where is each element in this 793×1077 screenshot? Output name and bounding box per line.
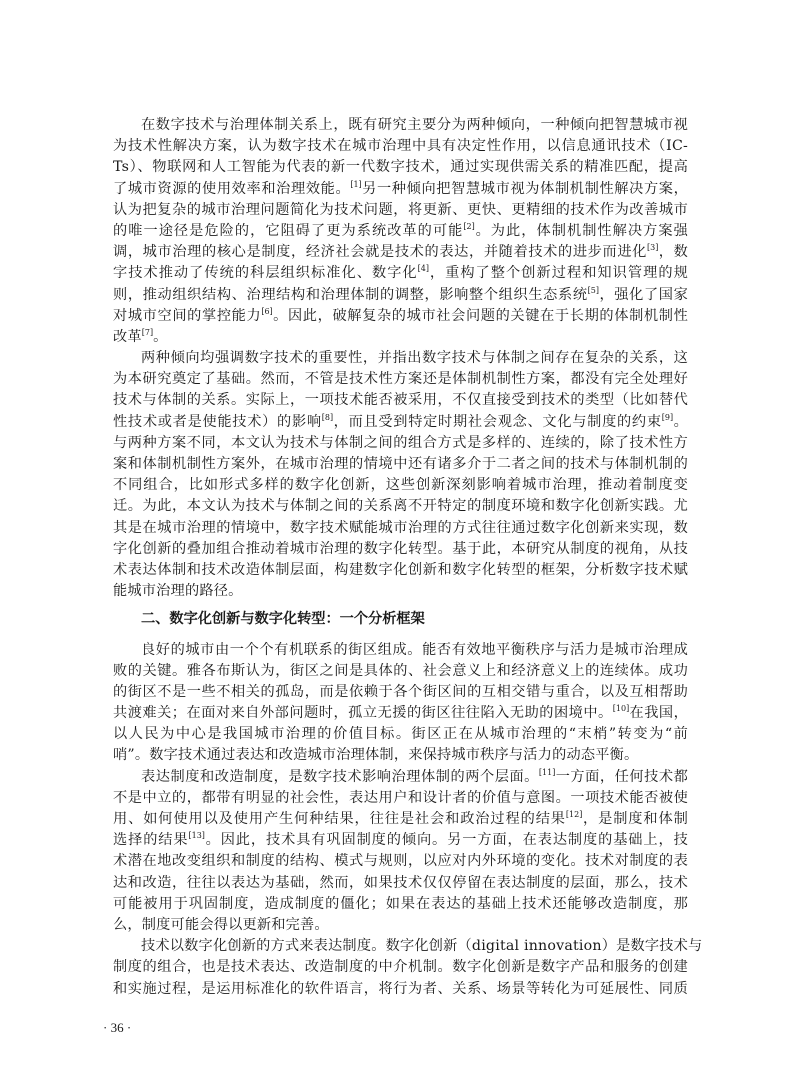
section-heading: 二、数字化创新与数字化转型：一个分析框架 (113, 609, 688, 630)
text-line: 认为把复杂的城市治理问题简化为技术问题，将更新、更快、更精细的技术作为改善城市 (113, 200, 688, 221)
text-line: 么，制度可能会得以更新和完善。 (113, 915, 688, 936)
paragraph-4: 表达制度和改造制度，是数字技术影响治理体制的两个层面。[11]一方面，任何技术都… (113, 767, 688, 937)
text-line: 不同组合，比如形式多样的数字化创新，这些创新深刻影响着城市治理，推动着制度变 (113, 475, 688, 496)
text-line: 为技术性解决方案，认为数字技术在城市治理中具有决定性作用，以信息通讯技术（IC- (113, 136, 688, 157)
paragraph-1: 在数字技术与治理体制关系上，既有研究主要分为两种倾向，一种倾向把智慧城市视为技术… (113, 115, 688, 348)
citation-marker[interactable]: [8] (322, 413, 333, 422)
text-line: 两种倾向均强调数字技术的重要性，并指出数字技术与体制之间存在复杂的关系，这 (113, 348, 688, 369)
citation-marker[interactable]: [3] (647, 243, 658, 252)
text-line: 的唯一途径是危险的，它阻碍了更为系统改革的可能[2]。为此，体制机制性解决方案强 (113, 221, 688, 242)
text-line: 可能被用于巩固制度，造成制度的僵化；如果在表达的基础上技术还能够改造制度，那 (113, 894, 688, 915)
citation-marker[interactable]: [12] (566, 810, 582, 819)
text-line: 败的关键。雅各布斯认为，街区之间是具体的、社会意义上和经济意义上的连续体。成功 (113, 661, 688, 682)
text-line: 达和改造，往往以表达为基础，然而，如果技术仅仅停留在表达制度的层面，那么，技术 (113, 873, 688, 894)
citation-marker[interactable]: [2] (463, 222, 474, 231)
text-line: 选择的结果[13]。因此，技术具有巩固制度的倾向。另一方面，在表达制度的基础上，… (113, 830, 688, 851)
text-line: 迁。为此，本文认为技术与体制之间的关系离不开特定的制度环境和数字化创新实践。尤 (113, 496, 688, 517)
text-line: 用、如何使用以及使用产生何种结果，往往是社会和政治过程的结果[12]，是制度和体… (113, 809, 688, 830)
text-line: Ts）、物联网和人工智能为代表的新一代数字技术，通过实现供需关系的精准匹配，提高 (113, 157, 688, 178)
text-line: 技术以数字化创新的方式来表达制度。数字化创新（digital innovatio… (113, 936, 688, 957)
paragraph-5: 技术以数字化创新的方式来表达制度。数字化创新（digital innovatio… (113, 936, 688, 1000)
text-line: 为本研究奠定了基础。然而，不管是技术性方案还是体制机制性方案，都没有完全处理好 (113, 369, 688, 390)
text-line: 对城市空间的掌控能力[6]。因此，破解复杂的城市社会问题的关键在于长期的体制机制… (113, 306, 688, 327)
text-line: 则，推动组织结构、治理结构和治理体制的调整，影响整个组织生态系统[5]，强化了国… (113, 285, 688, 306)
text-line: 共渡难关；在面对来自外部问题时，孤立无援的街区往往陷入无助的困境中。[10]在我… (113, 703, 688, 724)
paragraph-3: 良好的城市由一个个有机联系的街区组成。能否有效地平衡秩序与活力是城市治理成败的关… (113, 640, 688, 767)
text-line: 调，城市治理的核心是制度，经济社会就是技术的表达，并随着技术的进步而进化[3]，… (113, 242, 688, 263)
text-line: 术表达体制和技术改造体制层面，构建数字化创新和数字化转型的框架，分析数字技术赋 (113, 560, 688, 581)
text-line: 在数字技术与治理体制关系上，既有研究主要分为两种倾向，一种倾向把智慧城市视 (113, 115, 688, 136)
text-line: 术潜在地改变组织和制度的结构、模式与规则，以应对内外环境的变化。技术对制度的表 (113, 851, 688, 872)
article-body: 在数字技术与治理体制关系上，既有研究主要分为两种倾向，一种倾向把智慧城市视为技术… (113, 115, 688, 1000)
citation-marker[interactable]: [9] (662, 413, 673, 422)
text-line: 和实施过程，是运用标准化的软件语言，将行为者、关系、场景等转化为可延展性、同质 (113, 979, 688, 1000)
text-line: 良好的城市由一个个有机联系的街区组成。能否有效地平衡秩序与活力是城市治理成 (113, 640, 688, 661)
text-line: 技术与体制的关系。实际上，一项技术能否被采用，不仅直接受到技术的类型（比如替代 (113, 390, 688, 411)
text-line: 字化创新的叠加组合推动着城市治理的数字化转型。基于此，本研究从制度的视角，从技 (113, 539, 688, 560)
text-line: 字技术推动了传统的科层组织标准化、数字化[4]，重构了整个创新过程和知识管理的规 (113, 263, 688, 284)
text-line: 案和体制机制性方案外，在城市治理的情境中还有诸多介于二者之间的技术与体制机制的 (113, 454, 688, 475)
citation-marker[interactable]: [7] (142, 328, 153, 337)
citation-marker[interactable]: [4] (418, 264, 429, 273)
text-line: 表达制度和改造制度，是数字技术影响治理体制的两个层面。[11]一方面，任何技术都 (113, 767, 688, 788)
text-line: 其是在城市治理的情境中，数字技术赋能城市治理的方式往往通过数字化创新来实现，数 (113, 518, 688, 539)
text-line: 改革[7]。 (113, 327, 688, 348)
citation-marker[interactable]: [5] (588, 286, 599, 295)
text-line: 能城市治理的路径。 (113, 581, 688, 602)
citation-marker[interactable]: [1] (350, 180, 361, 189)
citation-marker[interactable]: [10] (613, 704, 629, 713)
text-line: 性技术或者是使能技术）的影响[8]，而且受到特定时期社会观念、文化与制度的约束[… (113, 412, 688, 433)
page-number: · 36 · (103, 1020, 131, 1036)
paragraph-2: 两种倾向均强调数字技术的重要性，并指出数字技术与体制之间存在复杂的关系，这为本研… (113, 348, 688, 602)
text-line: 以人民为中心是我国城市治理的价值目标。街区正在从城市治理的“末梢”转变为“前 (113, 724, 688, 745)
text-line: 制度的组合，也是技术表达、改造制度的中介机制。数字化创新是数字产品和服务的创建 (113, 957, 688, 978)
citation-marker[interactable]: [13] (188, 831, 204, 840)
citation-marker[interactable]: [11] (539, 768, 555, 777)
text-line: 哨”。数字技术通过表达和改造城市治理体制，来保持城市秩序与活力的动态平衡。 (113, 745, 688, 766)
citation-marker[interactable]: [6] (261, 307, 272, 316)
text-line: 不是中立的，都带有明显的社会性，表达用户和设计者的价值与意图。一项技术能否被使 (113, 788, 688, 809)
text-line: 了城市资源的使用效率和治理效能。[1]另一种倾向把智慧城市视为体制机制性解决方案… (113, 179, 688, 200)
text-line: 的街区不是一些不相关的孤岛，而是依赖于各个街区间的互相交错与重合，以及互相帮助 (113, 682, 688, 703)
text-line: 与两种方案不同，本文认为技术与体制之间的组合方式是多样的、连续的，除了技术性方 (113, 433, 688, 454)
